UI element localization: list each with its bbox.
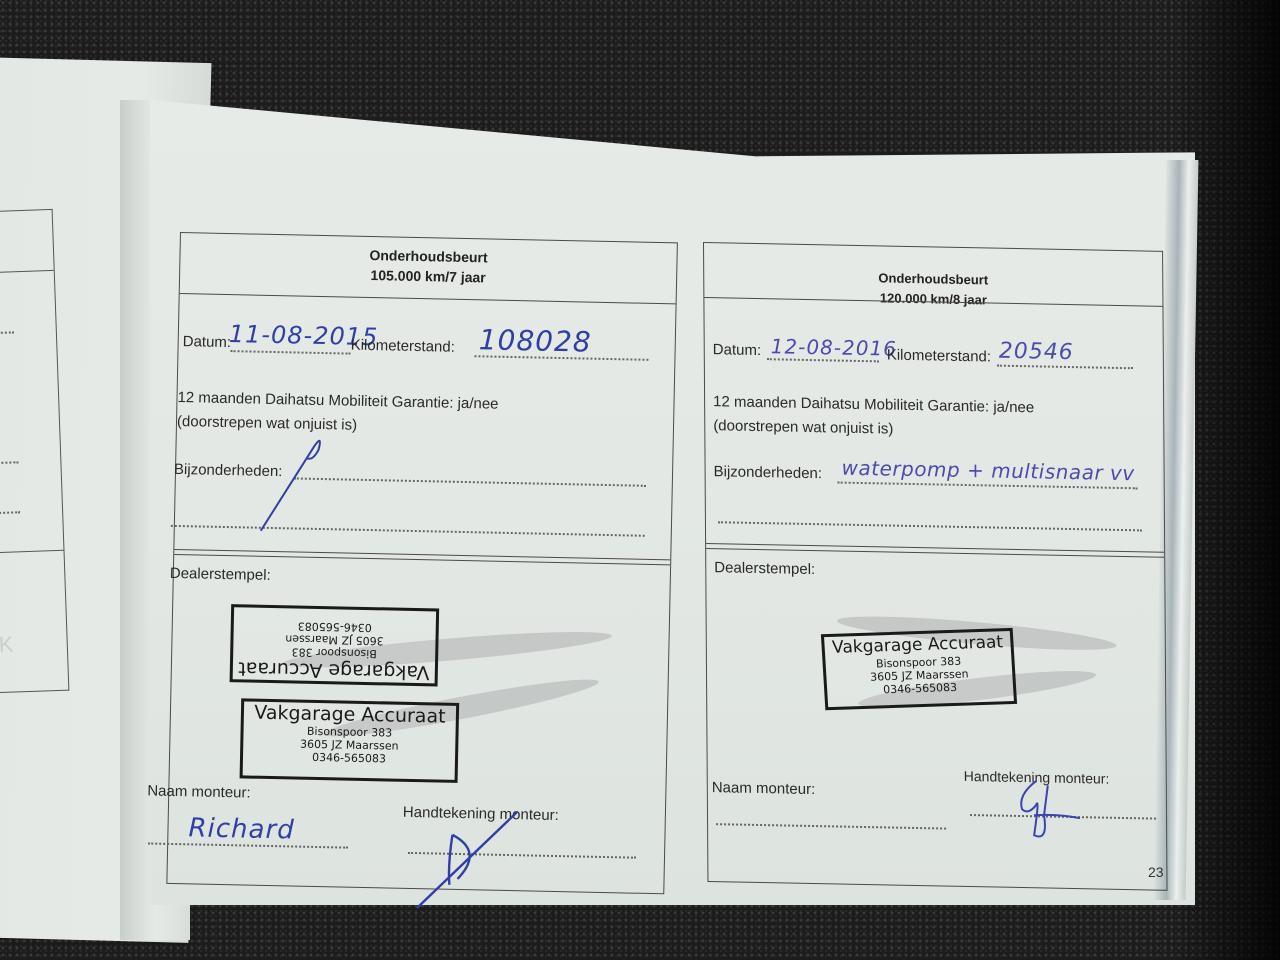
remarks-label: Bijzonderheden: [714,463,823,482]
mechanic-name-label: Naam monteur: [712,779,816,798]
warranty-text: 12 maanden Daihatsu Mobiliteit Garantie:… [713,393,1034,416]
odometer-label: Kilometerstand: [350,337,455,356]
service-card-120000: Onderhoudsbeurt 120.000 km/8 jaar Datum:… [703,242,1168,891]
odometer-label: Kilometerstand: [887,347,991,366]
remarks-strike-mark [255,435,337,537]
faded-letter: K [0,632,14,658]
mechanic-name-label: Naam monteur: [147,782,251,801]
mechanic-signature [1008,775,1099,847]
odometer-value[interactable]: 108028 [478,323,592,358]
odometer-value[interactable]: 20546 [999,339,1074,365]
warranty-note: (doorstrepen wat onjuist is) [177,413,357,434]
date-label: Datum: [183,333,232,351]
warranty-text: 12 maanden Daihatsu Mobiliteit Garantie:… [177,389,498,413]
dealer-stamp-label: Dealerstempel: [714,559,815,578]
warranty-note: (doorstrepen wat onjuist is) [713,417,893,437]
dealer-stamp-upside-down: Vakgarage Accuraat Bisonspoor 383 3605 J… [230,604,440,686]
dealer-stamp: Vakgarage Accuraat Bisonspoor 383 3605 J… [821,628,1017,710]
mechanic-name-value[interactable]: Richard [188,813,295,845]
date-label: Datum: [713,341,761,359]
service-card-105000: Onderhoudsbeurt 105.000 km/7 jaar Datum:… [166,232,678,894]
dealer-stamp: Vakgarage Accuraat Bisonspoor 383 3605 J… [240,698,460,783]
page-number: 23 [1148,864,1164,880]
mechanic-signature [403,804,525,916]
remarks-value[interactable]: waterpomp + multisnaar vv [841,456,1134,486]
date-value[interactable]: 12-08-2016 [771,334,897,360]
dealer-stamp-label: Dealerstempel: [170,565,271,584]
